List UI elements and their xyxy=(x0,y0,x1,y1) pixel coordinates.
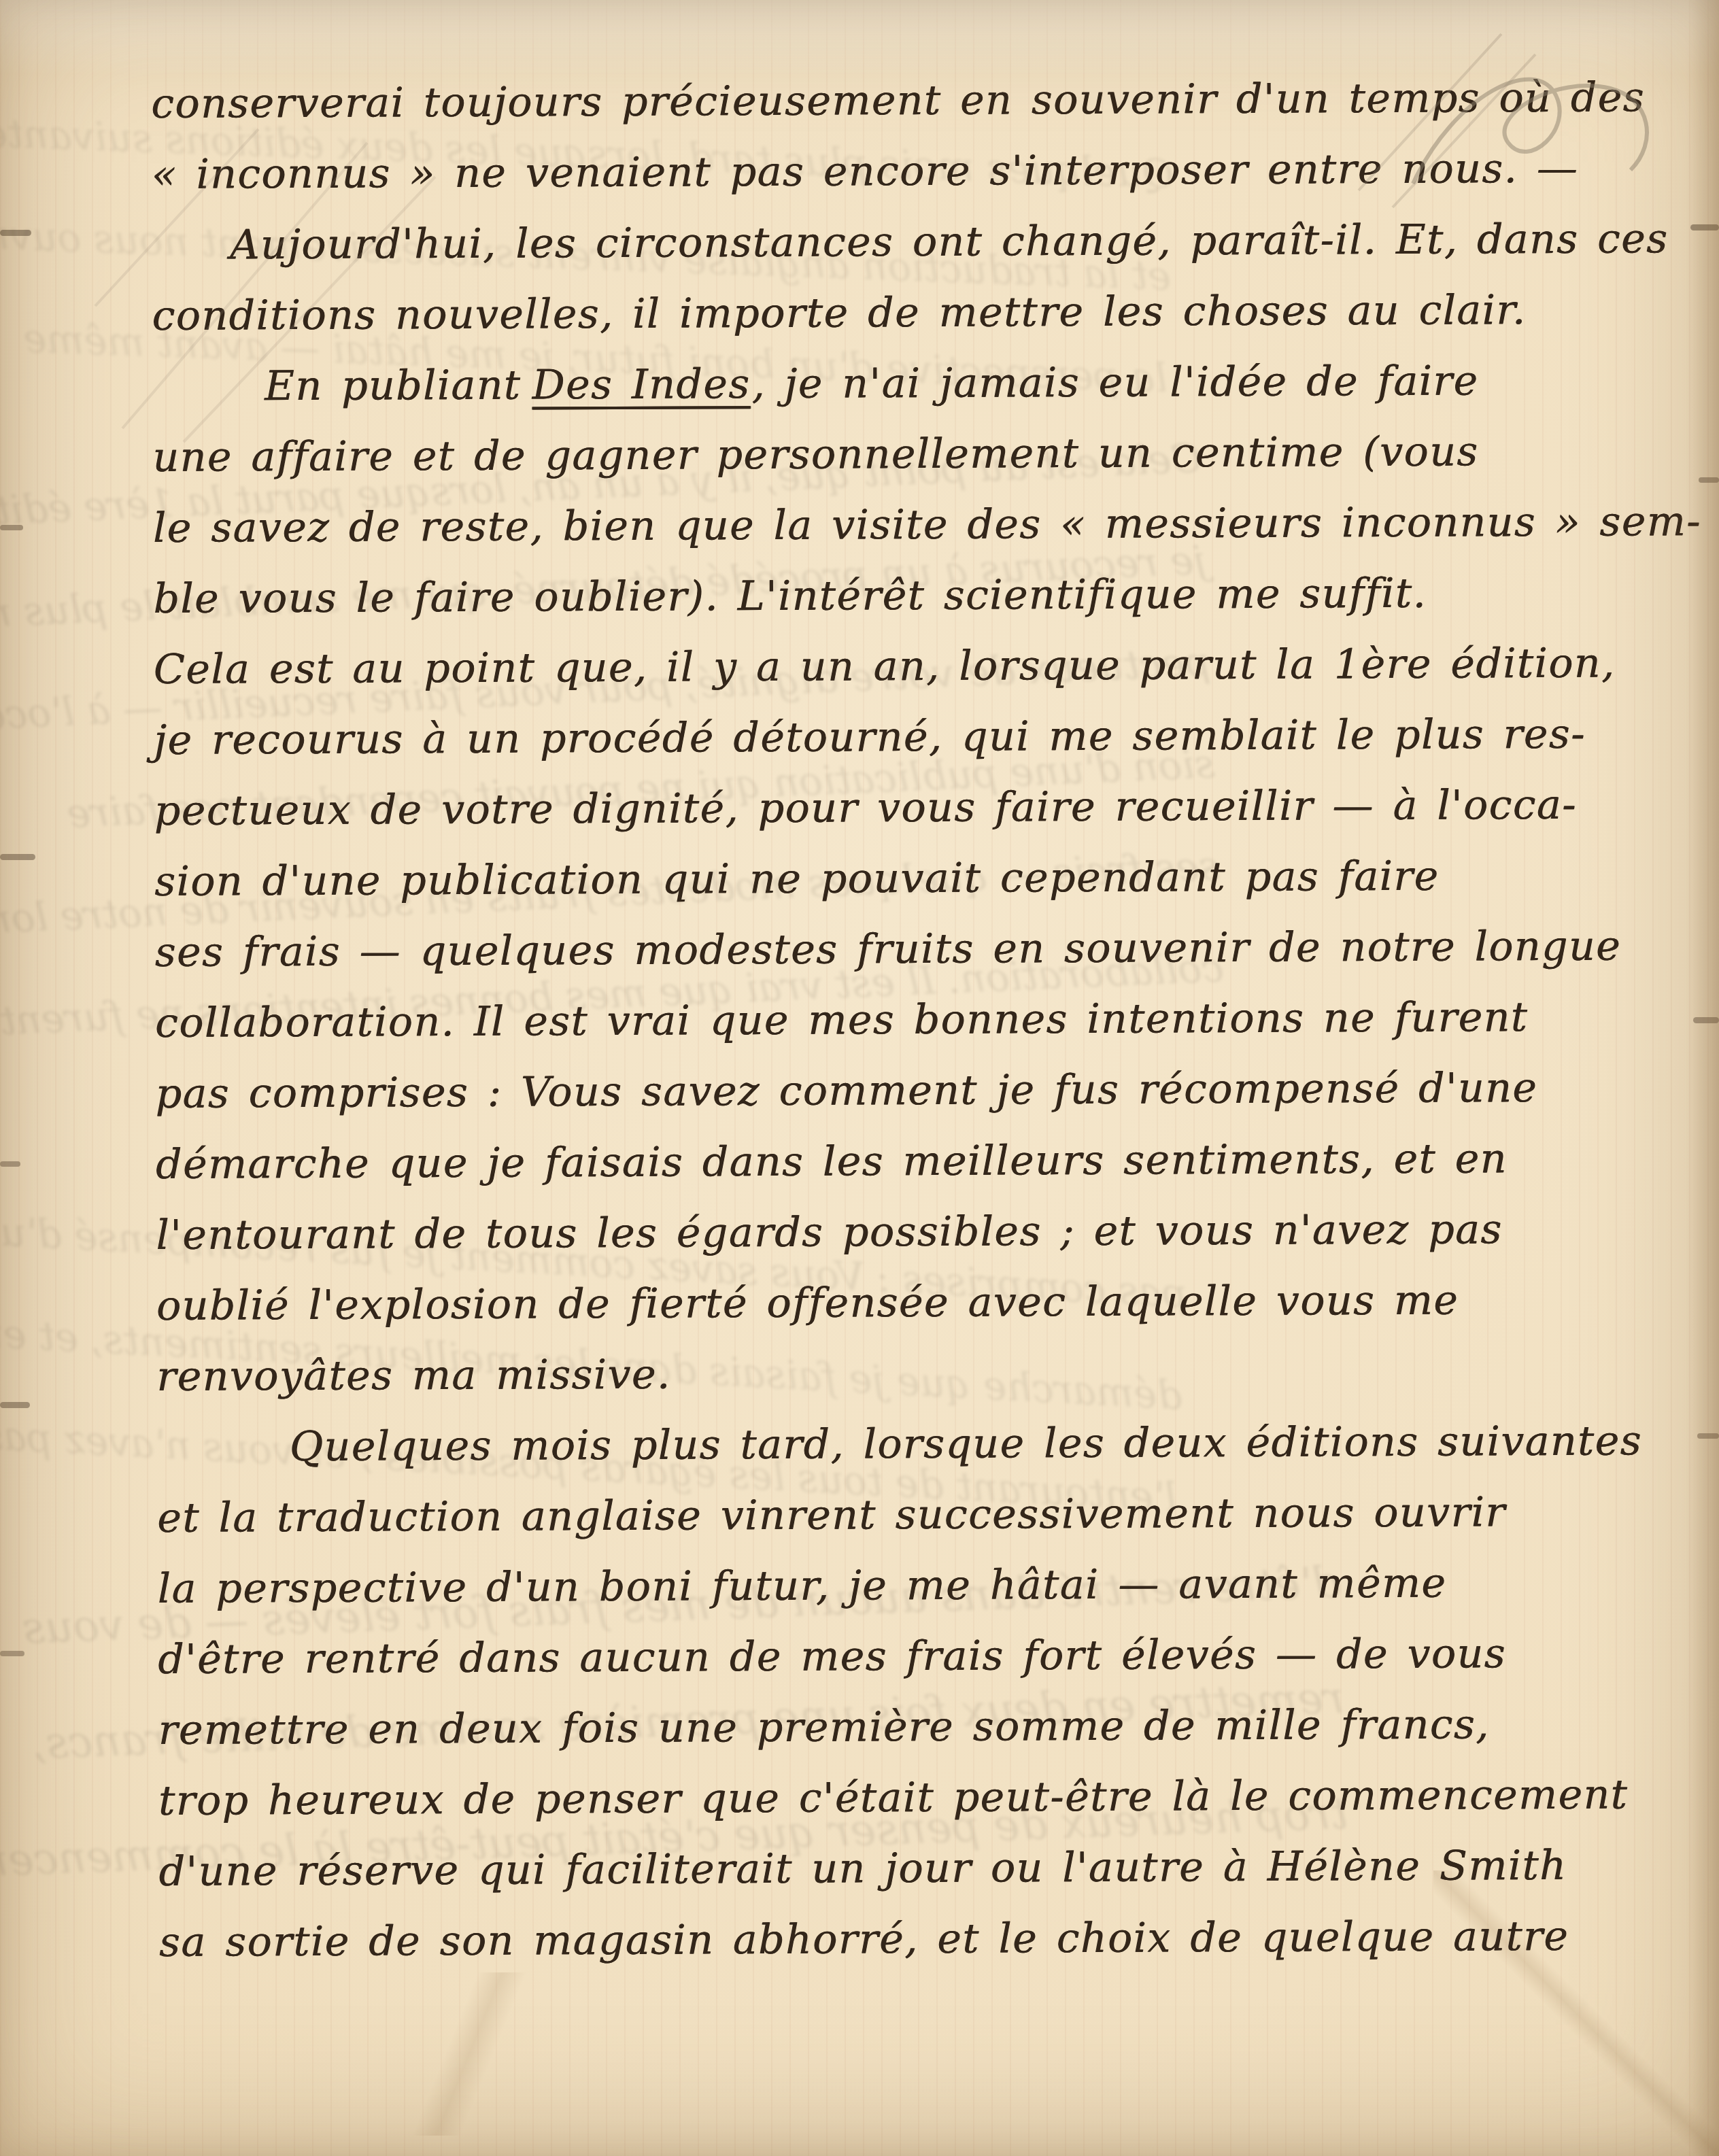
letter-line-with-underlined-title: En publiantDes Indes, je n'ai jamais eu … xyxy=(152,345,1701,422)
letter-line: conditions nouvelles, il importe de mett… xyxy=(152,274,1700,352)
letter-line: sa sortie de son magasin abhorré, et le … xyxy=(159,1900,1707,1978)
letter-line: je recourus à un procédé détourné, qui m… xyxy=(154,698,1702,776)
letter-body: conserverai toujours précieusement en so… xyxy=(151,62,1707,1978)
letter-line: pectueux de votre dignité, pour vous fai… xyxy=(154,769,1702,846)
letter-line: Quelques mois plus tard, lorsque les deu… xyxy=(157,1405,1705,1483)
letter-page: Quelques mois plus tard, lorsque les deu… xyxy=(0,0,1719,2156)
letter-line: une affaire et de gagner personnellement… xyxy=(152,415,1701,493)
letter-line: Cela est au point que, il y a un an, lor… xyxy=(154,628,1702,705)
paper-crease xyxy=(95,1972,843,2136)
letter-line: l'entourant de tous les égards possibles… xyxy=(156,1193,1704,1271)
letter-line: Aujourd'hui, les circonstances ont chang… xyxy=(152,203,1700,281)
letter-line-prefix: En publiant xyxy=(265,362,522,411)
letter-line: remettre en deux fois une première somme… xyxy=(158,1688,1706,1766)
edge-ink-mark xyxy=(0,1161,20,1167)
letter-line: la perspective d'un boni futur, je me hâ… xyxy=(157,1547,1705,1624)
letter-line: oublié l'explosion de fierté offensée av… xyxy=(156,1264,1705,1341)
letter-line-suffix: , je n'ai jamais eu l'idée de faire xyxy=(751,357,1478,408)
letter-line: et la traduction anglaise vinrent succes… xyxy=(157,1476,1705,1554)
letter-line: pas comprises : Vous savez comment je fu… xyxy=(155,1052,1703,1129)
letter-line: collaboration. Il est vrai que mes bonne… xyxy=(155,981,1703,1059)
letter-line: sion d'une publication qui ne pouvait ce… xyxy=(154,840,1703,917)
underlined-book-title: Des Indes xyxy=(532,360,750,409)
edge-ink-mark xyxy=(0,1402,30,1408)
letter-line: conserverai toujours précieusement en so… xyxy=(151,62,1699,139)
edge-ink-mark xyxy=(0,525,23,530)
edge-ink-mark xyxy=(0,854,35,860)
letter-line: ses frais — quelques modestes fruits en … xyxy=(154,910,1703,988)
edge-ink-mark xyxy=(1699,477,1719,483)
edge-ink-mark xyxy=(0,1651,24,1656)
letter-line: ble vous le faire oublier). L'intérêt sc… xyxy=(153,557,1701,634)
letter-line: trop heureux de penser que c'était peut-… xyxy=(158,1759,1707,1836)
letter-line: d'une réserve qui faciliterait un jour o… xyxy=(158,1830,1707,1907)
letter-line: renvoyâtes ma missive. xyxy=(156,1335,1705,1412)
letter-line: le savez de reste, bien que la visite de… xyxy=(153,486,1701,564)
edge-ink-mark xyxy=(0,230,31,236)
letter-line: « inconnus » ne venaient pas encore s'in… xyxy=(151,133,1699,210)
letter-line: démarche que je faisais dans les meilleu… xyxy=(156,1123,1704,1200)
letter-line: d'être rentré dans aucun de mes frais fo… xyxy=(158,1618,1706,1695)
